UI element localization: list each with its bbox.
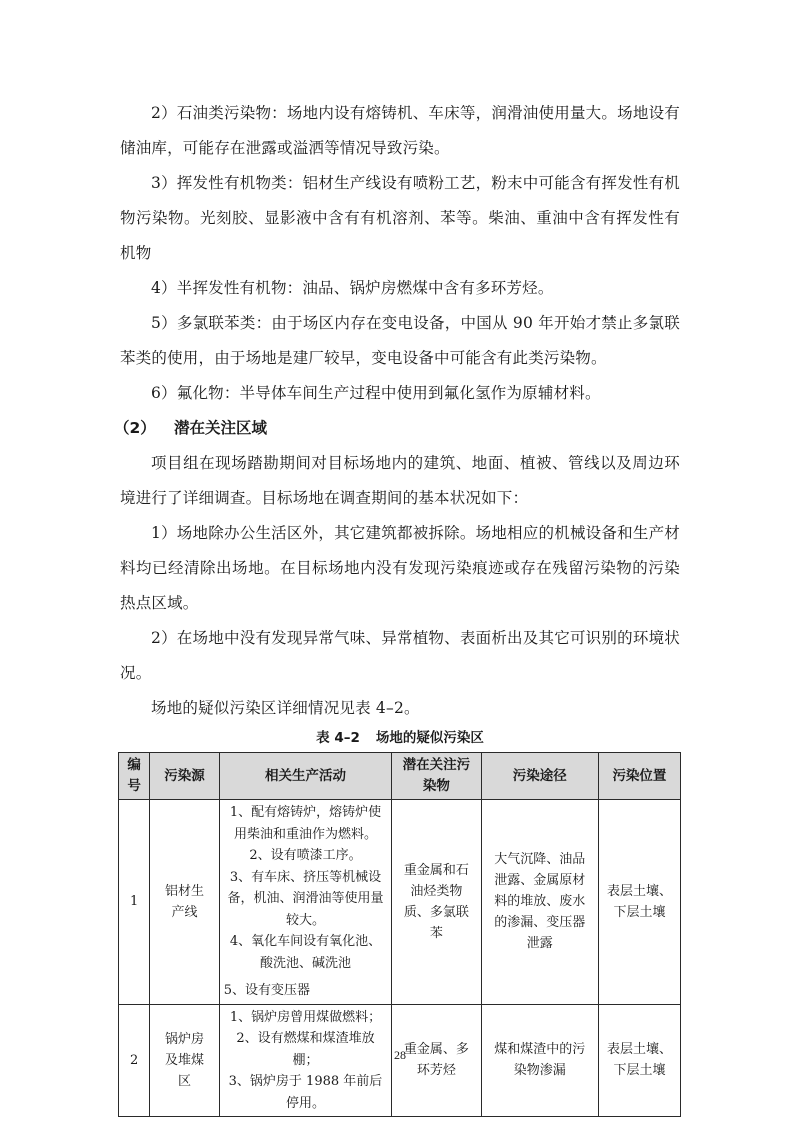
header-location: 污染位置 (598, 753, 680, 800)
activity-item: 4、氧化车间设有氧化池、酸洗池、碱洗池 (224, 931, 387, 974)
header-source: 污染源 (150, 753, 220, 800)
paragraph-status-2: 2）在场地中没有发现异常气味、异常植物、表面析出及其它可识别的环境状况。 (120, 621, 680, 691)
cell-location: 表层土壤、下层土壤 (598, 800, 680, 1005)
paragraph-fluoride: 6）氟化物：半导体车间生产过程中使用到氟化氢作为原辅材料。 (120, 376, 680, 411)
table-header-row: 编号 污染源 相关生产活动 潜在关注污染物 污染途径 污染位置 (119, 753, 681, 800)
section-title: 潜在关注区域 (174, 419, 267, 437)
cell-pathway: 大气沉降、油品泄露、金属原材料的堆放、废水的渗漏、变压器泄露 (481, 800, 598, 1005)
header-id: 编号 (119, 753, 150, 800)
header-pathway: 污染途径 (481, 753, 598, 800)
cell-pollutants: 重金属和石油烃类物质、多氯联苯 (392, 800, 481, 1005)
page-number: 28 (0, 1048, 800, 1063)
table-caption-number: 表 4–2 (316, 730, 360, 746)
paragraph-survey-intro: 项目组在现场踏勘期间对目标场地内的建筑、地面、植被、管线以及周边环境进行了详细调… (120, 446, 680, 516)
section-heading: （2）潜在关注区域 (114, 411, 680, 446)
paragraph-pcb: 5）多氯联苯类：由于场区内存在变电设备，中国从 90 年开始才禁止多氯联苯类的使… (120, 306, 680, 376)
cell-id: 1 (119, 800, 150, 1005)
activity-item: 2、设有喷漆工序。 (224, 845, 387, 867)
table-caption: 表 4–2场地的疑似污染区 (120, 728, 680, 748)
header-pollutants: 潜在关注污染物 (392, 753, 481, 800)
cell-source: 铝材生产线 (150, 800, 220, 1005)
section-number: （2） (114, 411, 174, 446)
paragraph-svoc: 4）半挥发性有机物：油品、锅炉房燃煤中含有多环芳烃。 (120, 271, 680, 306)
activity-item: 3、锅炉房于 1988 年前后停用。 (224, 1071, 387, 1114)
table-row: 1 铝材生产线 1、配有熔铸炉，熔铸炉使用柴油和重油作为燃料。 2、设有喷漆工序… (119, 800, 681, 1005)
activity-item: 1、锅炉房曾用煤做燃料； (224, 1007, 387, 1029)
paragraph-table-ref: 场地的疑似污染区详细情况见表 4–2。 (120, 691, 680, 726)
paragraph-petroleum: 2）石油类污染物：场地内设有熔铸机、车床等，润滑油使用量大。场地设有储油库，可能… (120, 96, 680, 166)
table-caption-title: 场地的疑似污染区 (376, 730, 484, 746)
header-activities: 相关生产活动 (219, 753, 391, 800)
cell-activities: 1、配有熔铸炉，熔铸炉使用柴油和重油作为燃料。 2、设有喷漆工序。 3、有车床、… (219, 800, 391, 1005)
paragraph-status-1: 1）场地除办公生活区外，其它建筑都被拆除。场地相应的机械设备和生产材料均已经清除… (120, 516, 680, 621)
paragraph-voc: 3）挥发性有机物类：铝材生产线设有喷粉工艺，粉末中可能含有挥发性有机物污染物。光… (120, 166, 680, 271)
document-page: 2）石油类污染物：场地内设有熔铸机、车床等，润滑油使用量大。场地设有储油库，可能… (120, 96, 680, 1117)
activity-item: 3、有车床、挤压等机械设备，机油、润滑油等使用量较大。 (224, 867, 387, 932)
activity-item: 1、配有熔铸炉，熔铸炉使用柴油和重油作为燃料。 (224, 802, 387, 845)
activity-item: 5、设有变压器 (224, 980, 387, 1002)
